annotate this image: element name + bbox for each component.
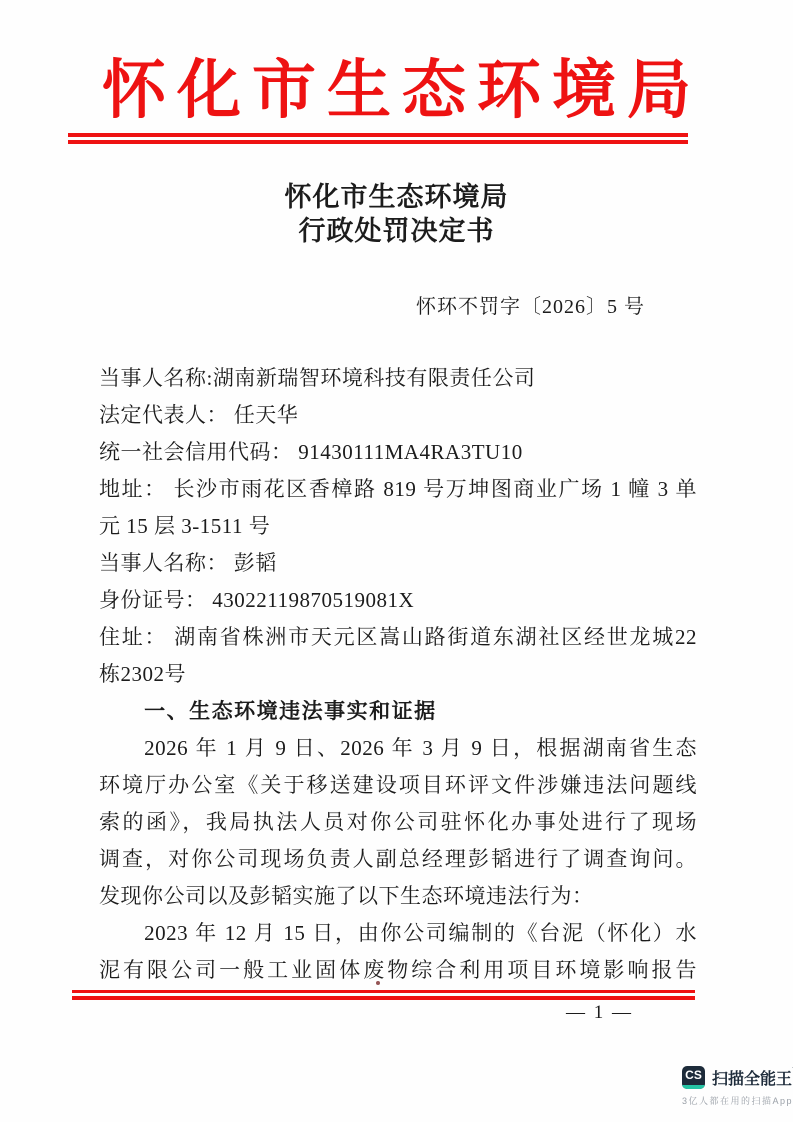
scan-speck	[376, 981, 380, 985]
body-line-address-2: 元 15 层 3-1511 号	[99, 508, 697, 545]
document-title-line-2: 行政处罚决定书	[0, 214, 793, 248]
body-line-credit-code: 统一社会信用代码： 91430111MA4RA3TU10	[99, 434, 697, 471]
body-line-para2-2: 泥有限公司一般工业固体废物综合利用项目环境影响报告	[99, 952, 697, 989]
body-line-para1-2: 环境厅办公室《关于移送建设项目环评文件涉嫌违法问题线	[99, 767, 697, 804]
document-title: 怀化市生态环境局 行政处罚决定书	[0, 180, 793, 248]
body-line-address-1: 地址： 长沙市雨花区香樟路 819 号万坤图商业广场 1 幢 3 单	[99, 471, 697, 508]
body-line-para1-5: 发现你公司以及彭韬实施了以下生态环境违法行为：	[99, 878, 697, 915]
body-line-id-number: 身份证号： 43022119870519081X	[99, 582, 697, 619]
camscanner-tagline: 3亿人都在用的扫描App	[682, 1094, 793, 1107]
camscanner-watermark: CS 扫描全能王™ 3亿人都在用的扫描App	[682, 1066, 793, 1107]
document-body: 当事人名称:湖南新瑞智环境科技有限责任公司 法定代表人： 任天华 统一社会信用代…	[99, 360, 697, 989]
camscanner-app-name-text: 扫描全能王	[712, 1071, 792, 1088]
document-number: 怀环不罚字〔2026〕5 号	[416, 290, 645, 319]
letterhead-rule-bottom	[68, 140, 688, 144]
body-line-para1-3: 索的函》，我局执法人员对你公司驻怀化办事处进行了现场	[99, 804, 697, 841]
letterhead-rule	[68, 133, 688, 144]
document-title-line-1: 怀化市生态环境局	[0, 180, 793, 214]
camscanner-app-name: 扫描全能王™	[712, 1066, 793, 1089]
body-line-residence-1: 住址： 湖南省株洲市天元区嵩山路街道东湖社区经世龙城22	[99, 619, 697, 656]
body-line-para2-1: 2023 年 12 月 15 日，由你公司编制的《台泥（怀化）水	[99, 915, 697, 952]
camscanner-logo-accent	[682, 1085, 705, 1089]
body-line-legal-rep: 法定代表人： 任天华	[99, 397, 697, 434]
page-number: — 1 —	[566, 1002, 633, 1024]
body-line-residence-2: 栋2302号	[99, 656, 697, 693]
body-line-party-name-2: 当事人名称： 彭韬	[99, 545, 697, 582]
letterhead-agency-name: 怀化市生态环境局	[0, 48, 793, 134]
body-line-party-name-1: 当事人名称:湖南新瑞智环境科技有限责任公司	[99, 360, 697, 397]
body-line-para1-4: 调查，对你公司现场负责人副总经理彭韬进行了调查询问。	[99, 841, 697, 878]
section-heading-facts: 一、生态环境违法事实和证据	[99, 693, 697, 730]
footer-rule	[72, 990, 695, 1000]
footer-rule-bottom	[72, 996, 695, 1000]
body-line-para1-1: 2026 年 1 月 9 日、2026 年 3 月 9 日，根据湖南省生态	[99, 730, 697, 767]
camscanner-watermark-row: CS 扫描全能王™	[682, 1066, 793, 1089]
camscanner-logo-icon: CS	[682, 1066, 705, 1089]
document-page: 怀化市生态环境局 怀化市生态环境局 行政处罚决定书 怀环不罚字〔2026〕5 号…	[0, 0, 793, 1122]
camscanner-logo-letters: CS	[682, 1067, 705, 1084]
